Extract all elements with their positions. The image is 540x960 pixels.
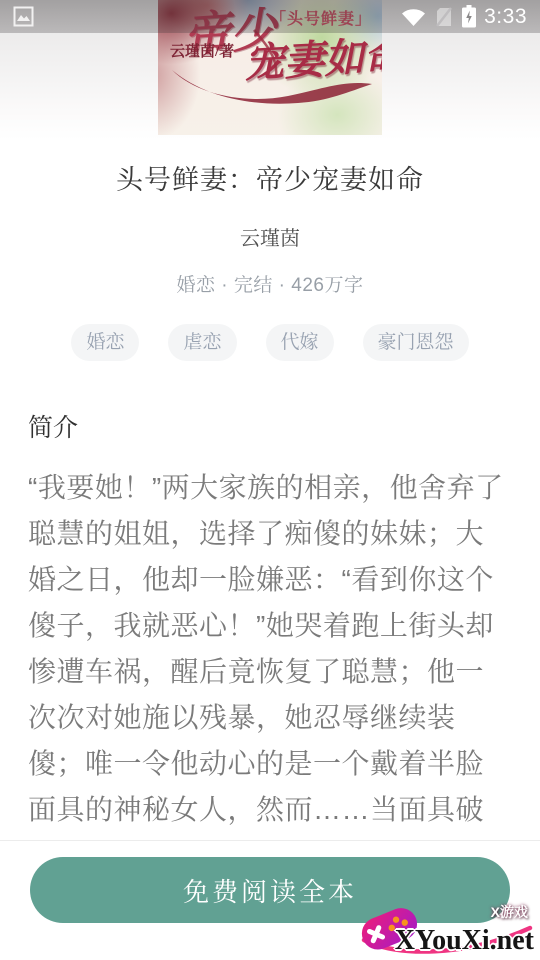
tag-pill-tragic-love[interactable]: 虐恋	[168, 324, 236, 361]
book-info: 头号鲜妻：帝少宠妻如命 云瑾茵 婚恋 · 完结 · 426万字 婚恋 虐恋 代嫁…	[0, 140, 540, 925]
status-time: 3:33	[484, 5, 527, 29]
page-title: 头号鲜妻：帝少宠妻如命	[26, 158, 514, 197]
image-icon	[13, 6, 34, 27]
battery-charging-icon	[462, 5, 476, 28]
status-bar: 3:33	[0, 0, 540, 33]
tag-pill-substitute-bride[interactable]: 代嫁	[266, 324, 334, 361]
status-icons: 3:33	[401, 5, 527, 29]
watermark-tag: X游戏	[491, 902, 528, 922]
tag-list: 婚恋 虐恋 代嫁 豪门恩怨	[0, 324, 540, 361]
no-sim-icon	[434, 6, 454, 28]
watermark-site: XYouXi.net	[395, 925, 534, 957]
book-meta: 婚恋 · 完结 · 426万字	[0, 270, 540, 297]
book-author: 云瑾茵	[0, 222, 540, 251]
wifi-icon	[401, 7, 426, 27]
book-detail-screen: 帝少 「头号鲜妻」 宠妻如命 云瑾茵/著	[0, 0, 540, 960]
tag-pill-wealthy-feud[interactable]: 豪门恩怨	[363, 324, 469, 361]
section-title-intro: 简介	[28, 408, 512, 444]
site-watermark: X游戏 XYouXi.net	[358, 902, 536, 960]
tag-pill-marriage[interactable]: 婚恋	[71, 324, 139, 361]
